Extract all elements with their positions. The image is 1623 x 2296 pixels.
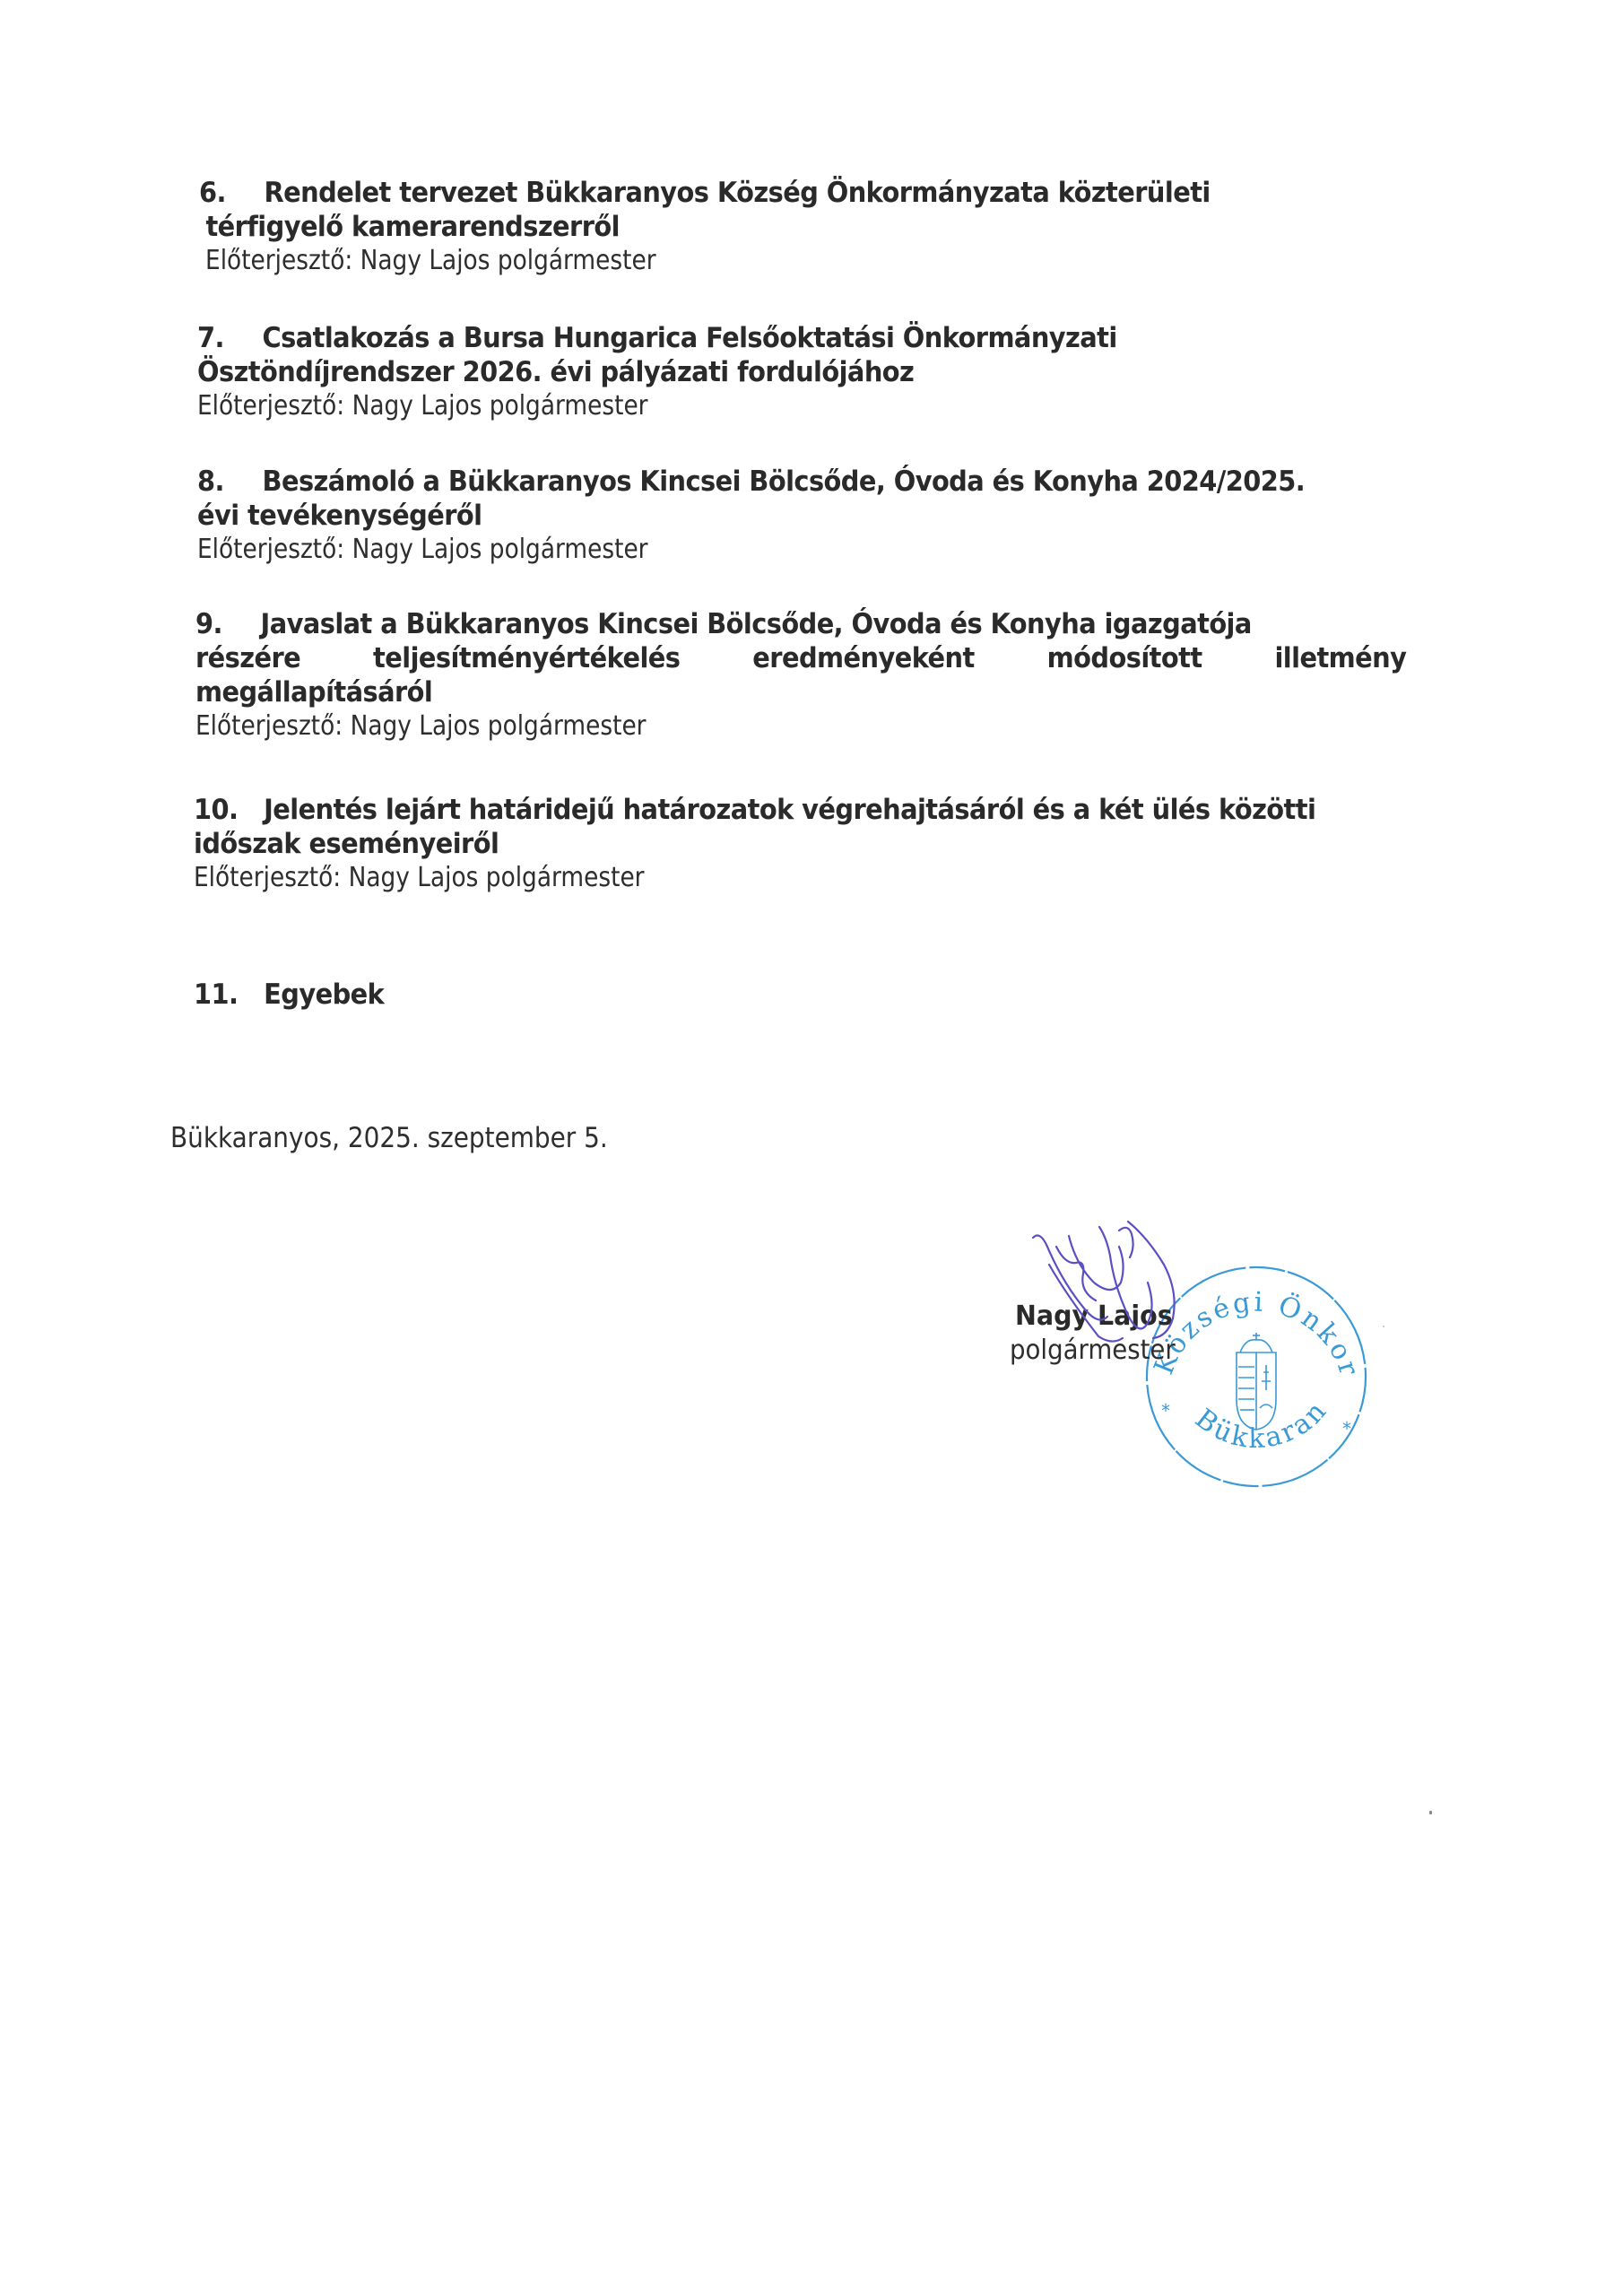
agenda-item-presenter: Előterjesztő: Nagy Lajos polgármester bbox=[197, 533, 1263, 567]
scan-speck bbox=[1383, 1326, 1384, 1327]
agenda-item-number: 6. bbox=[199, 176, 265, 210]
agenda-item-number: 8. bbox=[197, 465, 263, 499]
agenda-item-number: 10. bbox=[194, 793, 264, 827]
agenda-item-title: 11.Egyebek bbox=[194, 978, 1320, 1012]
stamp-star-icon: * bbox=[1161, 1400, 1170, 1422]
agenda-item-8: 8.Beszámoló a Bükkaranyos Kincsei Bölcső… bbox=[197, 465, 1408, 567]
agenda-item-title: 6.Rendelet tervezet Bükkaranyos Község Ö… bbox=[199, 176, 1410, 244]
document-page: 6.Rendelet tervezet Bükkaranyos Község Ö… bbox=[0, 0, 1623, 2296]
agenda-item-presenter: Előterjesztő: Nagy Lajos polgármester bbox=[194, 861, 1259, 895]
agenda-item-title: 10.Jelentés lejárt határidejű határozato… bbox=[194, 793, 1404, 861]
agenda-item-number: 9. bbox=[195, 607, 261, 641]
agenda-item-number: 11. bbox=[194, 978, 264, 1012]
agenda-item-title: 9.Javaslat a Bükkaranyos Kincsei Bölcsőd… bbox=[195, 607, 1406, 709]
signature-block: Községi Önkormányzat Bükkaranyos * bbox=[986, 1211, 1453, 1516]
handwritten-signature-icon bbox=[1013, 1211, 1228, 1354]
stamp-star-icon: * bbox=[1342, 1418, 1351, 1439]
agenda-item-presenter: Előterjesztő: Nagy Lajos polgármester bbox=[195, 709, 1261, 744]
agenda-item-title: 7.Csatlakozás a Bursa Hungarica Felsőokt… bbox=[197, 321, 1408, 389]
agenda-item-6: 6.Rendelet tervezet Bükkaranyos Község Ö… bbox=[199, 176, 1410, 278]
place-and-date: Bükkaranyos, 2025. szeptember 5. bbox=[170, 1121, 608, 1155]
agenda-item-11: 11.Egyebek bbox=[194, 978, 1404, 1012]
agenda-item-title: 8.Beszámoló a Bükkaranyos Kincsei Bölcső… bbox=[197, 465, 1408, 533]
agenda-item-7: 7.Csatlakozás a Bursa Hungarica Felsőokt… bbox=[197, 321, 1408, 423]
agenda-item-presenter: Előterjesztő: Nagy Lajos polgármester bbox=[199, 244, 1264, 278]
coat-of-arms-icon bbox=[1237, 1333, 1276, 1430]
agenda-item-10: 10.Jelentés lejárt határidejű határozato… bbox=[194, 793, 1404, 895]
agenda-item-9: 9.Javaslat a Bükkaranyos Kincsei Bölcsőd… bbox=[195, 607, 1406, 744]
agenda-item-presenter: Előterjesztő: Nagy Lajos polgármester bbox=[197, 389, 1263, 423]
agenda-item-number: 7. bbox=[197, 321, 263, 355]
scan-speck bbox=[1429, 1811, 1432, 1814]
